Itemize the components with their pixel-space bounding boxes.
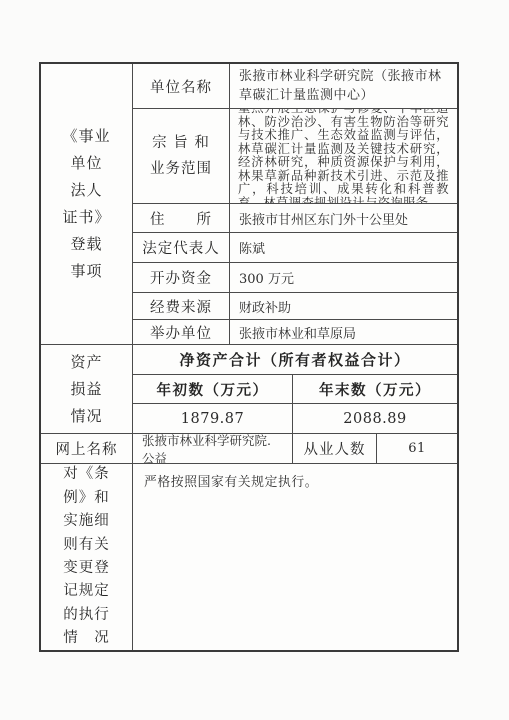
assets-section-label: 资产 损益 情况 [41, 345, 133, 434]
net-assets-span-header: 净资产合计（所有者权益合计） [133, 345, 457, 375]
startup-capital-label: 开办资金 [133, 263, 230, 293]
side-label-line: 证书》 [62, 204, 110, 231]
sponsor-unit-value: 张掖市林业和草原局 [230, 320, 457, 345]
staff-count-label: 从业人数 [293, 434, 377, 464]
year-end-header: 年末数（万元） [293, 375, 457, 404]
purpose-scope-value: 重点开展生态保护与修复、干旱区造林、防沙治沙、有害生物防治等研究与技术推广、生态… [230, 109, 457, 204]
startup-capital-value: 300 万元 [230, 263, 457, 293]
side-label-line: 实施细 [63, 510, 110, 533]
purpose-scope-label-line: 业务范围 [150, 156, 212, 182]
funding-source-value: 财政补助 [230, 293, 457, 320]
online-name-label: 网上名称 [41, 434, 133, 464]
side-label-line: 对《条 [63, 464, 110, 487]
scanned-form-page: { "certificate_section": { "side_label_l… [0, 0, 509, 720]
side-label-line: 则有关 [63, 534, 110, 557]
side-label-line: 的执行 [63, 604, 110, 627]
purpose-scope-label-line: 宗 旨 和 [152, 130, 210, 156]
staff-count-value: 61 [377, 434, 457, 464]
unit-name-label: 单位名称 [133, 64, 230, 109]
compliance-section-label: 对《条 例》和 实施细 则有关 变更登 记规定 的执行 情 况 [41, 464, 133, 650]
side-label-line: 《事业 [62, 123, 110, 150]
sponsor-unit-label: 举办单位 [133, 320, 230, 345]
funding-source-label: 经费来源 [133, 293, 230, 320]
side-label-line: 法人 [70, 177, 102, 204]
side-label-line: 记规定 [63, 580, 110, 603]
purpose-scope-text: 重点开展生态保护与修复、干旱区造林、防沙治沙、有害生物防治等研究与技术推广、生态… [238, 109, 449, 204]
residence-label: 住 所 [133, 204, 230, 233]
side-label-line: 资产 [70, 349, 102, 376]
year-start-value: 1879.87 [133, 404, 293, 434]
purpose-scope-label: 宗 旨 和 业务范围 [133, 109, 230, 204]
side-label-line: 事项 [70, 258, 102, 285]
side-label-line: 情 况 [63, 627, 110, 650]
registration-form-table: 《事业 单位 法人 证书》 登载 事项 单位名称 张掖市林业科学研究院（张掖市林… [39, 62, 459, 652]
residence-value: 张掖市甘州区东门外十公里处 [230, 204, 457, 233]
side-label-line: 情况 [70, 403, 102, 430]
side-label-line: 登载 [70, 231, 102, 258]
compliance-value: 严格按照国家有关规定执行。 [133, 464, 457, 650]
side-label-line: 单位 [70, 150, 102, 177]
unit-name-value: 张掖市林业科学研究院（张掖市林草碳汇计量监测中心） [230, 64, 457, 109]
year-start-header: 年初数（万元） [133, 375, 293, 404]
side-label-line: 例》和 [63, 487, 110, 510]
unit-name-text: 张掖市林业科学研究院（张掖市林草碳汇计量监测中心） [239, 67, 448, 105]
legal-representative-value: 陈斌 [230, 233, 457, 263]
certificate-items-section-label: 《事业 单位 法人 证书》 登载 事项 [41, 64, 133, 345]
legal-representative-label: 法定代表人 [133, 233, 230, 263]
year-end-value: 2088.89 [293, 404, 457, 434]
side-label-line: 变更登 [63, 557, 110, 580]
side-label-line: 损益 [70, 376, 102, 403]
online-name-value: 张掖市林业科学研究院.公益 [133, 434, 293, 464]
